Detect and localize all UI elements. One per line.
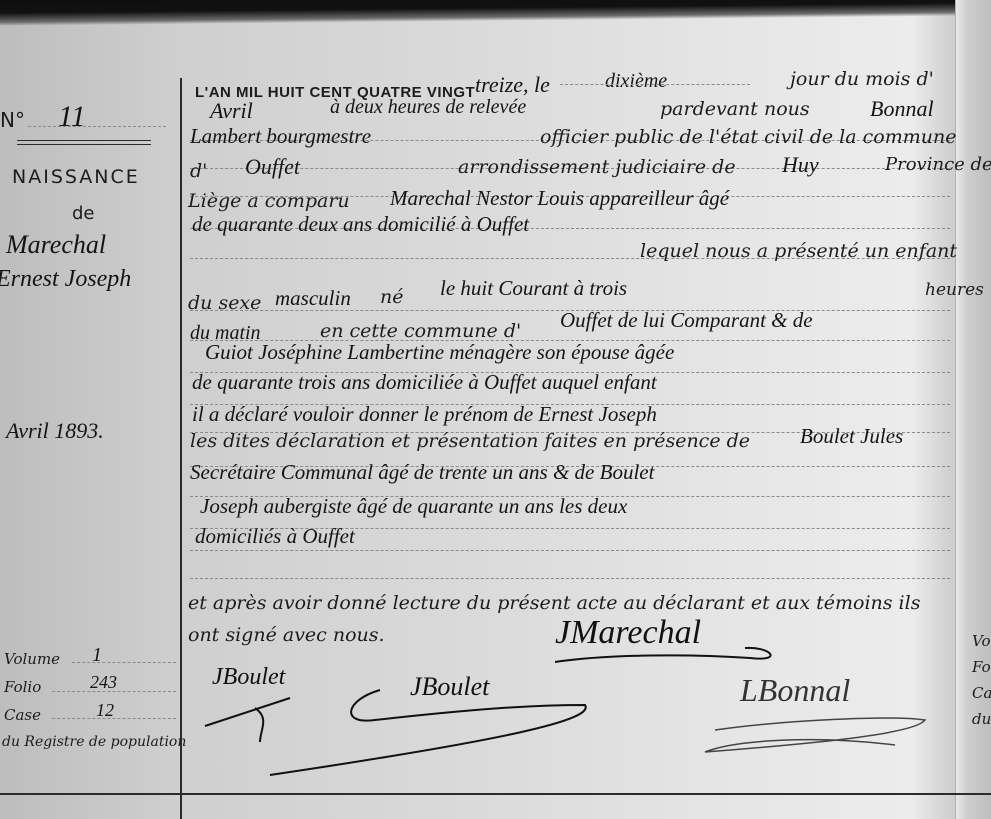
naissance-heading: NAISSANCE [12,166,140,188]
hand-day-word: dixième [605,70,667,93]
facing-page-text: Ca [972,684,991,702]
signature-flourish [695,690,935,760]
signature-flourish [265,680,605,780]
line-rule [560,84,750,85]
printed-heures: heures [925,280,984,300]
number-dotted-line [28,126,166,127]
hand-witness-2-details: Joseph aubergiste âgé de quarante un ans… [200,494,627,519]
hand-commune-parents: Ouffet de lui Comparant & de [560,308,813,333]
hand-mother-age-domicile: de quarante trois ans domiciliée à Ouffe… [192,370,657,395]
signature-flourish [550,640,790,670]
printed-pardevant: pardevant nous [660,98,810,120]
margin-double-rule-2 [17,144,151,145]
printed-ne: né [380,286,403,308]
line-rule [190,578,950,579]
hand-officer-name-title: Lambert bourgmestre [190,124,371,149]
printed-cette-commune: en cette commune d' [320,320,521,342]
volume-value: 1 [92,644,102,667]
case-label: Case [4,706,41,724]
margin-date: Avril 1893. [6,418,104,444]
hand-witness-1: Boulet Jules [800,424,903,449]
hand-witness-domicile: domiciliés à Ouffet [195,524,355,549]
hand-year-word: treize, le [475,72,550,98]
folio-value: 243 [90,672,117,693]
printed-province: Province de [885,154,991,175]
hand-officer-surname: Bonnal [870,96,934,122]
hand-mother: Guiot Joséphine Lambertine ménagère son … [205,340,674,365]
facing-page-text: du [972,710,991,728]
register-page: N° 11 NAISSANCE de Marechal Ernest Josep… [0,0,991,819]
hand-witness-1-details: Secrétaire Communal âgé de trente un ans… [190,460,654,485]
register-footer: du Registre de population [2,734,186,750]
facing-page-text: Vo [972,632,991,650]
printed-liege-comparu: Liège a comparu [188,190,350,212]
scan-top-edge [0,0,991,26]
closing-line-1: et après avoir donné lecture du présent … [188,592,920,614]
closing-line-2: ont signé avec nous. [188,624,385,646]
volume-dotted [72,662,176,663]
printed-arrondissement: arrondissement judiciaire de [458,156,736,178]
entry-number-label: N° [0,108,25,132]
printed-d: d' [190,160,207,182]
naissance-de: de [72,203,95,224]
printed-lequel-presente: lequel nous a présenté un enfant [640,240,957,262]
facing-page-text: Fo [972,658,991,676]
line-rule [190,550,950,551]
entry-bottom-rule [0,793,991,795]
hand-commune: Ouffet [245,154,300,180]
hand-hour: à deux heures de relevée [330,96,526,119]
folio-label: Folio [4,678,41,696]
hand-arrondissement: Huy [782,152,819,178]
hand-given-name-declaration: il a déclaré vouloir donner le prénom de… [192,402,657,427]
column-divider [180,78,182,819]
hand-declarant-age-domicile: de quarante deux ans domicilié à Ouffet [192,212,529,237]
margin-double-rule-1 [17,140,151,141]
printed-dites-declaration: les dites déclaration et présentation fa… [190,430,750,452]
hand-birth-day-time: le huit Courant à trois [440,276,627,301]
child-surname: Marechal [6,230,106,260]
hand-sex: masculin [275,286,351,311]
case-dotted [52,718,176,719]
hand-declarant: Marechal Nestor Louis appareilleur âgé [390,186,729,211]
printed-officier-public: officier public de l'état civil de la co… [540,126,956,148]
child-given-names: Ernest Joseph [0,266,131,293]
volume-label: Volume [4,650,60,668]
printed-jour-du-mois: jour du mois d' [790,68,934,90]
folio-dotted [52,691,176,692]
entry-number-value: 11 [58,100,86,134]
hand-month: Avril [210,98,253,124]
